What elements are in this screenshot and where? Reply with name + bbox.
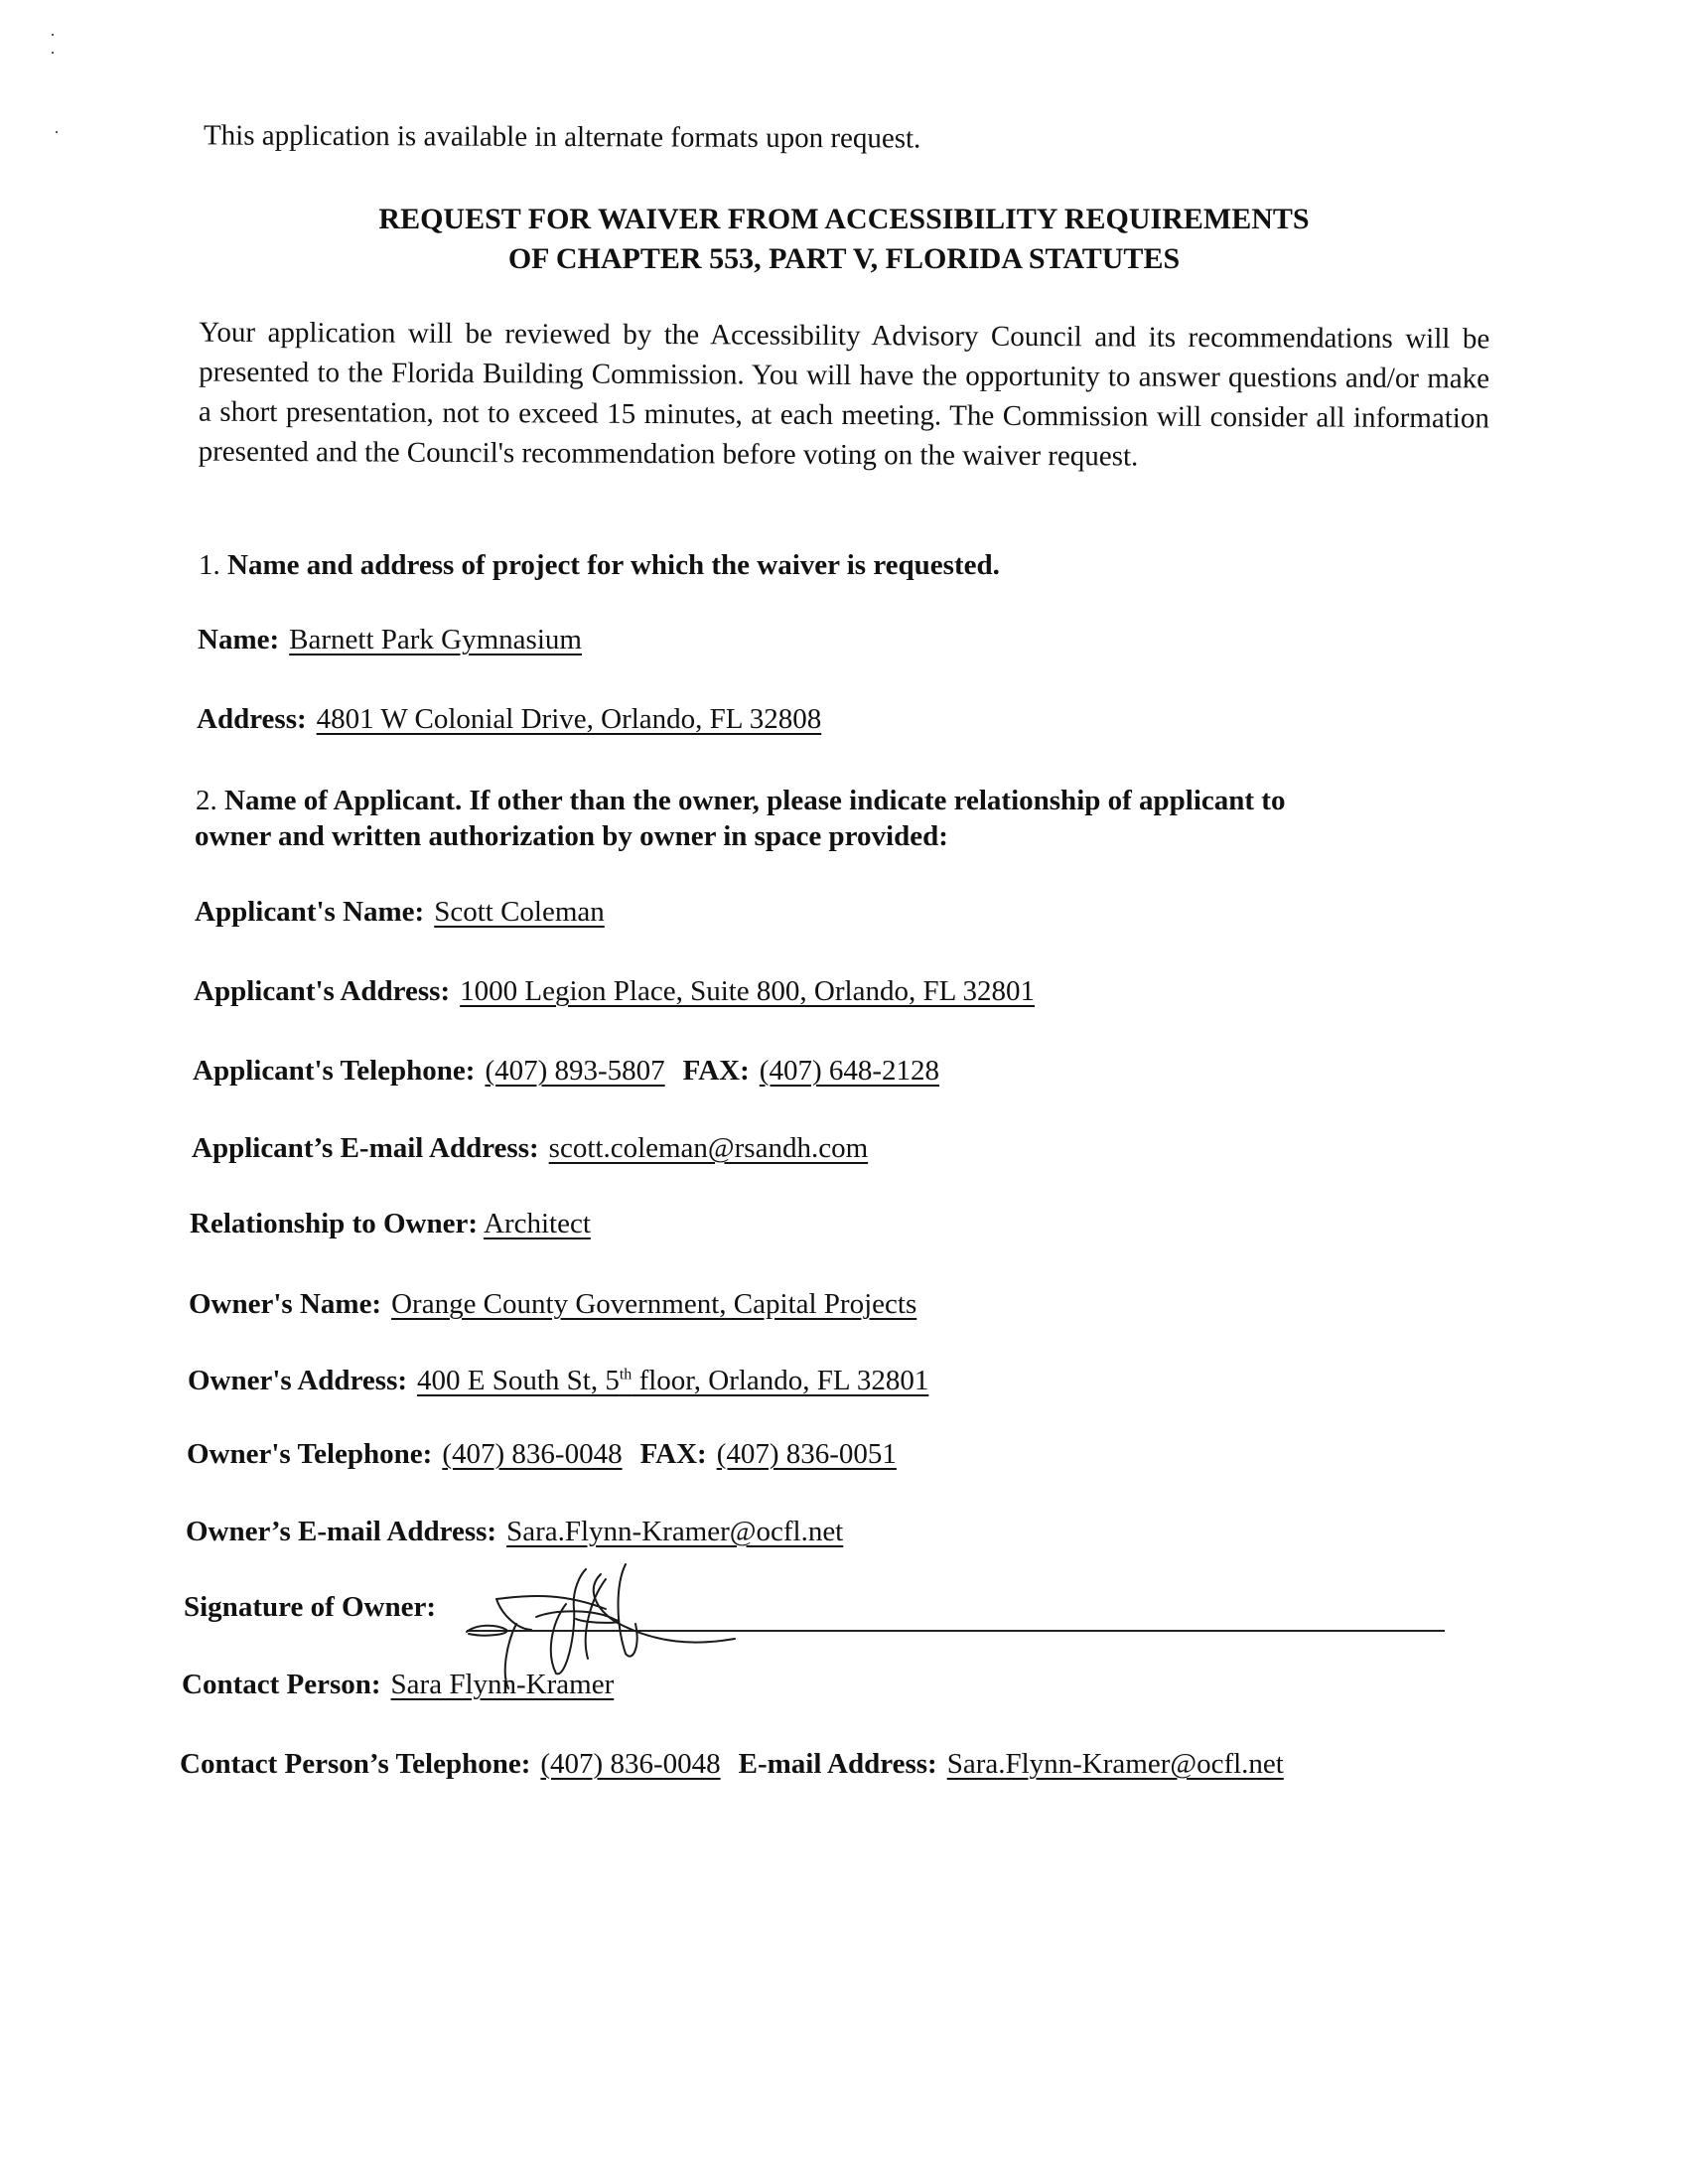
section2-number: 2. <box>196 785 217 816</box>
contact-phone-value[interactable]: (407) 836-0048 <box>540 1748 720 1780</box>
applicant-name-label: Applicant's Name: <box>195 896 424 928</box>
owner-phone-row: Owner's Telephone:(407) 836-0048FAX:(407… <box>187 1438 897 1471</box>
relationship-label: Relationship to Owner: <box>190 1208 478 1239</box>
applicant-address-label: Applicant's Address: <box>194 975 450 1007</box>
document-title-line1: REQUEST FOR WAIVER FROM ACCESSIBILITY RE… <box>0 203 1688 236</box>
owner-address-ordinal: th <box>620 1366 632 1383</box>
contact-person-row: Contact Person:Sara Flynn-Kramer <box>182 1669 614 1701</box>
section2-heading-text: Name of Applicant. If other than the own… <box>224 785 1285 816</box>
relationship-value[interactable]: Architect <box>484 1208 591 1239</box>
owner-email-row: Owner’s E-mail Address:Sara.Flynn-Kramer… <box>186 1516 843 1548</box>
availability-note: This application is available in alterna… <box>204 119 920 155</box>
applicant-address-row: Applicant's Address:1000 Legion Place, S… <box>194 975 1035 1008</box>
contact-person-label: Contact Person: <box>182 1669 381 1700</box>
applicant-email-value[interactable]: scott.coleman@rsandh.com <box>549 1132 868 1164</box>
signature-label: Signature of Owner: <box>184 1591 436 1623</box>
relationship-row: Relationship to Owner:Architect <box>190 1208 591 1240</box>
owner-fax-label: FAX: <box>640 1438 707 1470</box>
intro-paragraph: Your application will be reviewed by the… <box>199 313 1490 479</box>
owner-address-part2: floor, Orlando, FL 32801 <box>632 1365 928 1396</box>
applicant-name-row: Applicant's Name:Scott Coleman <box>195 896 605 929</box>
applicant-phone-value[interactable]: (407) 893-5807 <box>485 1055 664 1087</box>
scan-speck <box>52 34 54 36</box>
owner-address-row: Owner's Address:400 E South St, 5th floo… <box>188 1365 928 1397</box>
applicant-fax-label: FAX: <box>683 1055 750 1087</box>
applicant-address-value[interactable]: 1000 Legion Place, Suite 800, Orlando, F… <box>460 975 1035 1007</box>
project-name-row: Name:Barnett Park Gymnasium <box>198 624 582 656</box>
owner-address-label: Owner's Address: <box>188 1365 407 1396</box>
section2-heading-line1: 2. Name of Applicant. If other than the … <box>196 785 1285 817</box>
owner-fax-value[interactable]: (407) 836-0051 <box>717 1438 897 1470</box>
contact-email-label: E-mail Address: <box>739 1748 937 1780</box>
owner-email-value[interactable]: Sara.Flynn-Kramer@ocfl.net <box>506 1516 843 1547</box>
scan-speck <box>52 52 54 54</box>
applicant-email-label: Applicant’s E-mail Address: <box>192 1132 539 1164</box>
section2-heading-line2: owner and written authorization by owner… <box>195 820 948 853</box>
project-address-row: Address:4801 W Colonial Drive, Orlando, … <box>197 703 821 736</box>
signature-row: Signature of Owner: <box>184 1591 436 1624</box>
owner-name-value[interactable]: Orange County Government, Capital Projec… <box>391 1288 916 1320</box>
applicant-email-row: Applicant’s E-mail Address:scott.coleman… <box>192 1132 868 1165</box>
project-address-label: Address: <box>197 703 307 735</box>
document-title-line2: OF CHAPTER 553, PART V, FLORIDA STATUTES <box>0 242 1688 276</box>
contact-person-value[interactable]: Sara Flynn-Kramer <box>391 1669 615 1700</box>
scan-speck <box>56 131 58 133</box>
applicant-name-value[interactable]: Scott Coleman <box>434 896 605 928</box>
applicant-fax-value[interactable]: (407) 648-2128 <box>760 1055 939 1087</box>
section1-heading: 1. Name and address of project for which… <box>199 549 1000 582</box>
project-name-label: Name: <box>198 624 279 655</box>
applicant-phone-row: Applicant's Telephone:(407) 893-5807FAX:… <box>193 1055 939 1088</box>
project-address-value[interactable]: 4801 W Colonial Drive, Orlando, FL 32808 <box>317 703 822 735</box>
owner-phone-label: Owner's Telephone: <box>187 1438 432 1470</box>
contact-email-value[interactable]: Sara.Flynn-Kramer@ocfl.net <box>947 1748 1284 1780</box>
project-name-value[interactable]: Barnett Park Gymnasium <box>289 624 582 655</box>
owner-address-value[interactable]: 400 E South St, 5th floor, Orlando, FL 3… <box>417 1365 928 1396</box>
section1-heading-text: Name and address of project for which th… <box>227 549 1000 581</box>
owner-email-label: Owner’s E-mail Address: <box>186 1516 496 1547</box>
contact-phone-label: Contact Person’s Telephone: <box>180 1748 530 1780</box>
owner-phone-value[interactable]: (407) 836-0048 <box>442 1438 622 1470</box>
owner-address-part1: 400 E South St, 5 <box>417 1365 620 1396</box>
owner-name-label: Owner's Name: <box>189 1288 381 1320</box>
applicant-phone-label: Applicant's Telephone: <box>193 1055 475 1087</box>
owner-name-row: Owner's Name:Orange County Government, C… <box>189 1288 916 1321</box>
contact-phone-row: Contact Person’s Telephone:(407) 836-004… <box>180 1748 1284 1781</box>
section1-number: 1. <box>199 549 220 581</box>
